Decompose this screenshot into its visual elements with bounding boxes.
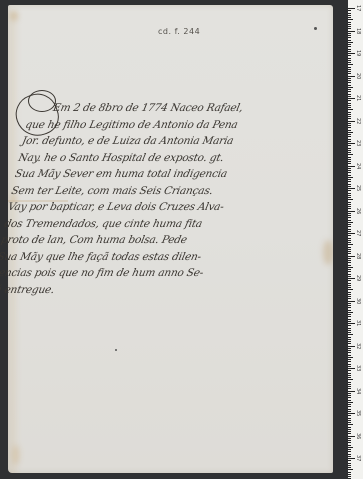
measuring-ruler: 1718192021222324252627282930313233343536… (348, 0, 363, 479)
scanned-page: cd. f. 244 Em 2 de 8bro de 1774 Naceo Ra… (0, 0, 363, 479)
ruler-tick (348, 170, 351, 171)
ruler-tick (348, 307, 351, 308)
ruler-tick (348, 325, 351, 326)
ruler-tick (348, 397, 351, 398)
ruler-label: 37 (355, 455, 361, 461)
ruler-tick (348, 53, 355, 54)
ruler-tick (348, 224, 351, 225)
ruler-tick (348, 186, 351, 187)
ruler-tick (348, 420, 351, 421)
ruler-tick (348, 413, 355, 414)
ruler-tick (348, 233, 355, 234)
manuscript-line: Em 2 de 8bro de 1774 Naceo Rafael, (51, 100, 355, 117)
ruler-tick (348, 67, 351, 68)
ruler-tick (348, 256, 355, 257)
ruler-tick (348, 472, 351, 473)
ruler-label: 21 (355, 95, 361, 101)
ruler-tick (348, 175, 351, 176)
ruler-tick (348, 123, 351, 124)
ruler-tick (348, 265, 351, 266)
ruler-tick (348, 429, 351, 430)
ruler-tick (348, 91, 351, 92)
ruler-tick (348, 89, 351, 90)
ruler-tick (348, 179, 351, 180)
ruler-tick (348, 388, 351, 389)
ruler-label: 33 (355, 365, 361, 371)
ruler-tick (348, 159, 351, 160)
ruler-label: 30 (355, 298, 361, 304)
ruler-label: 28 (355, 253, 361, 259)
ruler-tick (348, 163, 351, 164)
ruler-label: 23 (355, 140, 361, 146)
ruler-tick (348, 35, 351, 36)
ruler-tick (348, 463, 351, 464)
ruler-tick (348, 240, 351, 241)
ruler-tick (348, 427, 351, 428)
ruler-tick (348, 197, 351, 198)
ruler-tick (348, 114, 351, 115)
ruler-label: 26 (355, 208, 361, 214)
ruler-tick (348, 262, 351, 263)
ruler-tick (348, 319, 351, 320)
ruler-tick (348, 132, 353, 133)
ruler-tick (348, 249, 351, 250)
ruler-tick (348, 382, 351, 383)
ruler-label: 32 (355, 343, 361, 349)
ruler-tick (348, 172, 351, 173)
ruler-tick (348, 451, 351, 452)
ruler-label: 25 (355, 185, 361, 191)
ruler-tick (348, 312, 353, 313)
ruler-tick (348, 301, 355, 302)
ruler-tick (348, 148, 351, 149)
manuscript-line: Vay por bapticar, e Leva dois Cruzes Alv… (6, 199, 334, 216)
ruler-tick (348, 415, 351, 416)
ruler-tick (348, 474, 351, 475)
ruler-tick (348, 127, 351, 128)
ruler-tick (348, 348, 351, 349)
ruler-tick (348, 404, 351, 405)
ruler-tick (348, 332, 351, 333)
ruler-tick (348, 161, 351, 162)
manuscript-line: Jor. defunto, e de Luiza da Antonia Mari… (20, 133, 348, 150)
ruler-tick (348, 42, 353, 43)
ruler-tick (348, 294, 351, 295)
ruler-tick (348, 244, 353, 245)
ruler-tick (348, 350, 351, 351)
ruler-tick (348, 296, 351, 297)
ruler-tick (348, 258, 351, 259)
ruler-tick (348, 280, 351, 281)
ruler-tick (348, 305, 351, 306)
ruler-tick (348, 422, 351, 423)
ruler-tick (348, 377, 351, 378)
ruler-tick (348, 103, 351, 104)
ruler-tick (348, 283, 351, 284)
ruler-tick (348, 204, 351, 205)
ruler-tick (348, 55, 351, 56)
ruler-tick (348, 85, 351, 86)
ruler-tick (348, 199, 353, 200)
ruler-tick (348, 458, 355, 459)
ruler-tick (348, 208, 351, 209)
manuscript-line: que he filho Legitimo de Antonio da Pena (24, 117, 352, 134)
ruler-tick (348, 22, 351, 23)
ruler-tick (348, 51, 351, 52)
ruler-tick (348, 323, 355, 324)
ruler-tick (348, 184, 351, 185)
ruler-tick (348, 145, 351, 146)
ruler-tick (348, 285, 351, 286)
ruler-label: 31 (355, 320, 361, 326)
ruler-tick (348, 424, 353, 425)
ruler-tick (348, 28, 351, 29)
ruler-label: 29 (355, 275, 361, 281)
ruler-tick (348, 181, 351, 182)
ruler-tick (348, 289, 353, 290)
ruler-label: 35 (355, 410, 361, 416)
ruler-tick (348, 449, 351, 450)
ruler-tick (348, 82, 351, 83)
ruler-tick (348, 94, 351, 95)
ruler-tick (348, 190, 351, 191)
manuscript-line: proto de lan, Com huma bolsa. Pede (0, 232, 327, 249)
ruler-tick (348, 409, 351, 410)
manuscript-line: Nay. he o Santo Hospital de exposto. gt. (17, 150, 345, 167)
ruler-label: 36 (355, 433, 361, 439)
ruler-tick (348, 134, 351, 135)
ruler-tick (348, 19, 353, 20)
ruler-tick (348, 13, 351, 14)
ruler-tick (348, 177, 353, 178)
ruler-tick (348, 253, 351, 254)
ruler-shadow (340, 0, 348, 479)
ruler-tick (348, 355, 351, 356)
ruler-tick (348, 316, 351, 317)
ruler-tick (348, 100, 351, 101)
ruler-tick (348, 69, 351, 70)
ruler-tick (348, 314, 351, 315)
ruler-tick (348, 217, 351, 218)
ruler-tick (348, 411, 351, 412)
ruler-tick (348, 364, 351, 365)
ruler-tick (348, 112, 351, 113)
ruler-tick (348, 211, 355, 212)
ruler-tick (348, 454, 351, 455)
ruler-label: 24 (355, 163, 361, 169)
ruler-tick (348, 267, 353, 268)
ruler-tick (348, 321, 351, 322)
ruler-tick (348, 368, 355, 369)
ruler-tick (348, 460, 351, 461)
ruler-tick (348, 195, 351, 196)
ruler-tick (348, 154, 353, 155)
ruler-tick (348, 334, 353, 335)
ruler-tick (348, 17, 351, 18)
ruler-tick (348, 269, 351, 270)
ruler-tick (348, 105, 351, 106)
ruler-tick (348, 98, 355, 99)
ruler-tick (348, 328, 351, 329)
ruler-tick (348, 274, 351, 275)
manuscript-text: Em 2 de 8bro de 1774 Naceo Rafael, que h… (0, 90, 357, 298)
ruler-tick (348, 8, 355, 9)
ruler-tick (348, 10, 351, 11)
ruler-tick (348, 26, 351, 27)
ruler-label: 27 (355, 230, 361, 236)
ruler-tick (348, 357, 353, 358)
ruler-tick (348, 157, 351, 158)
ruler-tick (348, 379, 353, 380)
ruler-tick (348, 400, 351, 401)
ruler-tick (348, 433, 351, 434)
ruler-tick (348, 96, 351, 97)
ruler-tick (348, 143, 355, 144)
ruler-tick (348, 118, 351, 119)
ruler-tick (348, 130, 351, 131)
ruler-tick (348, 445, 351, 446)
ruler-tick (348, 346, 355, 347)
manuscript-line: rá entregue. (0, 282, 316, 299)
archive-reference-number: cd. f. 244 (158, 27, 200, 36)
ruler-tick (348, 87, 353, 88)
ruler-tick (348, 402, 353, 403)
ruler-tick (348, 125, 351, 126)
ruler-label: 19 (355, 50, 361, 56)
ruler-tick (348, 456, 351, 457)
ruler-tick (348, 215, 351, 216)
ruler-tick (348, 359, 351, 360)
ruler-tick (348, 303, 351, 304)
ruler-tick (348, 469, 353, 470)
ruler-tick (348, 343, 351, 344)
ruler-tick (348, 235, 351, 236)
ruler-tick (348, 242, 351, 243)
ruler-tick (348, 393, 351, 394)
ruler-tick (348, 467, 351, 468)
manuscript-line: dos Tremendados, que cinte huma fita (3, 216, 331, 233)
ruler-tick (348, 80, 351, 81)
ruler-label: 20 (355, 73, 361, 79)
ruler-tick (348, 361, 351, 362)
ruler-tick (348, 73, 351, 74)
ruler-tick (348, 166, 355, 167)
ruler-tick (348, 150, 351, 151)
ruler-tick (348, 58, 351, 59)
ruler-tick (348, 238, 351, 239)
ruler-tick (348, 352, 351, 353)
ruler-tick (348, 391, 355, 392)
foxing-stain (12, 445, 20, 465)
ruler-tick (348, 116, 351, 117)
ruler-tick (348, 370, 351, 371)
ruler-tick (348, 107, 351, 108)
ink-dot (314, 27, 317, 30)
ruler-tick (348, 136, 351, 137)
ruler-tick (348, 139, 351, 140)
ruler-tick (348, 229, 351, 230)
ink-dot (115, 349, 117, 351)
ruler-tick (348, 386, 351, 387)
ruler-tick (348, 37, 351, 38)
manuscript-line: rencias pois que no fim de hum anno Se- (0, 265, 320, 282)
ruler-tick (348, 276, 351, 277)
ruler-tick (348, 213, 351, 214)
ruler-tick (348, 298, 351, 299)
ruler-tick (348, 24, 351, 25)
ruler-tick (348, 476, 351, 477)
manuscript-line: Sem ter Leite, com mais Seis Crianças. (10, 183, 338, 200)
ruler-tick (348, 375, 351, 376)
ruler-tick (348, 60, 351, 61)
ruler-tick (348, 206, 351, 207)
ruler-tick (348, 447, 353, 448)
ruler-tick (348, 202, 351, 203)
ruler-tick (348, 15, 351, 16)
ruler-label: 17 (355, 5, 361, 11)
ruler-tick (348, 188, 355, 189)
ruler-tick (348, 40, 351, 41)
ruler-tick (348, 260, 351, 261)
ruler-tick (348, 49, 351, 50)
ruler-tick (348, 442, 351, 443)
ruler-tick (348, 418, 351, 419)
ruler-tick (348, 33, 351, 34)
ruler-tick (348, 168, 351, 169)
ruler-tick (348, 78, 351, 79)
ruler-tick (348, 337, 351, 338)
ruler-tick (348, 438, 351, 439)
ruler-tick (348, 436, 355, 437)
ruler-tick (348, 384, 351, 385)
ruler-tick (348, 310, 351, 311)
ruler-tick (348, 251, 351, 252)
ruler-tick (348, 71, 351, 72)
ruler-tick (348, 373, 351, 374)
ruler-tick (348, 152, 351, 153)
ruler-tick (348, 395, 351, 396)
ruler-tick (348, 406, 351, 407)
ruler-tick (348, 226, 351, 227)
ruler-tick (348, 62, 351, 63)
ruler-tick (348, 339, 351, 340)
ruler-tick (348, 76, 355, 77)
ruler-tick (348, 231, 351, 232)
ruler-tick (348, 330, 351, 331)
ruler-label: 22 (355, 118, 361, 124)
ruler-tick (348, 431, 351, 432)
ruler-tick (348, 292, 351, 293)
ruler-tick (348, 366, 351, 367)
ruler-tick (348, 121, 355, 122)
ruler-tick (348, 44, 351, 45)
ruler-tick (348, 341, 351, 342)
ruler-tick (348, 220, 351, 221)
ruler-label: 34 (355, 388, 361, 394)
manuscript-line: Sua Mãy que lhe façã todas estas dilen- (0, 249, 323, 266)
foxing-stain (323, 240, 333, 265)
ruler-tick (348, 193, 351, 194)
ruler-tick (348, 440, 351, 441)
ruler-tick (348, 278, 355, 279)
manuscript-line: Sua Mãy Sever em huma total indigencia (13, 166, 341, 183)
ruler-tick (348, 222, 353, 223)
ruler-tick (348, 109, 353, 110)
ruler-tick (348, 465, 351, 466)
ruler-label: 18 (355, 28, 361, 34)
ruler-tick (348, 247, 351, 248)
ruler-tick (348, 271, 351, 272)
ruler-tick (348, 64, 353, 65)
ruler-tick (348, 31, 355, 32)
ruler-tick (348, 141, 351, 142)
ruler-tick (348, 46, 351, 47)
ruler-tick (348, 287, 351, 288)
